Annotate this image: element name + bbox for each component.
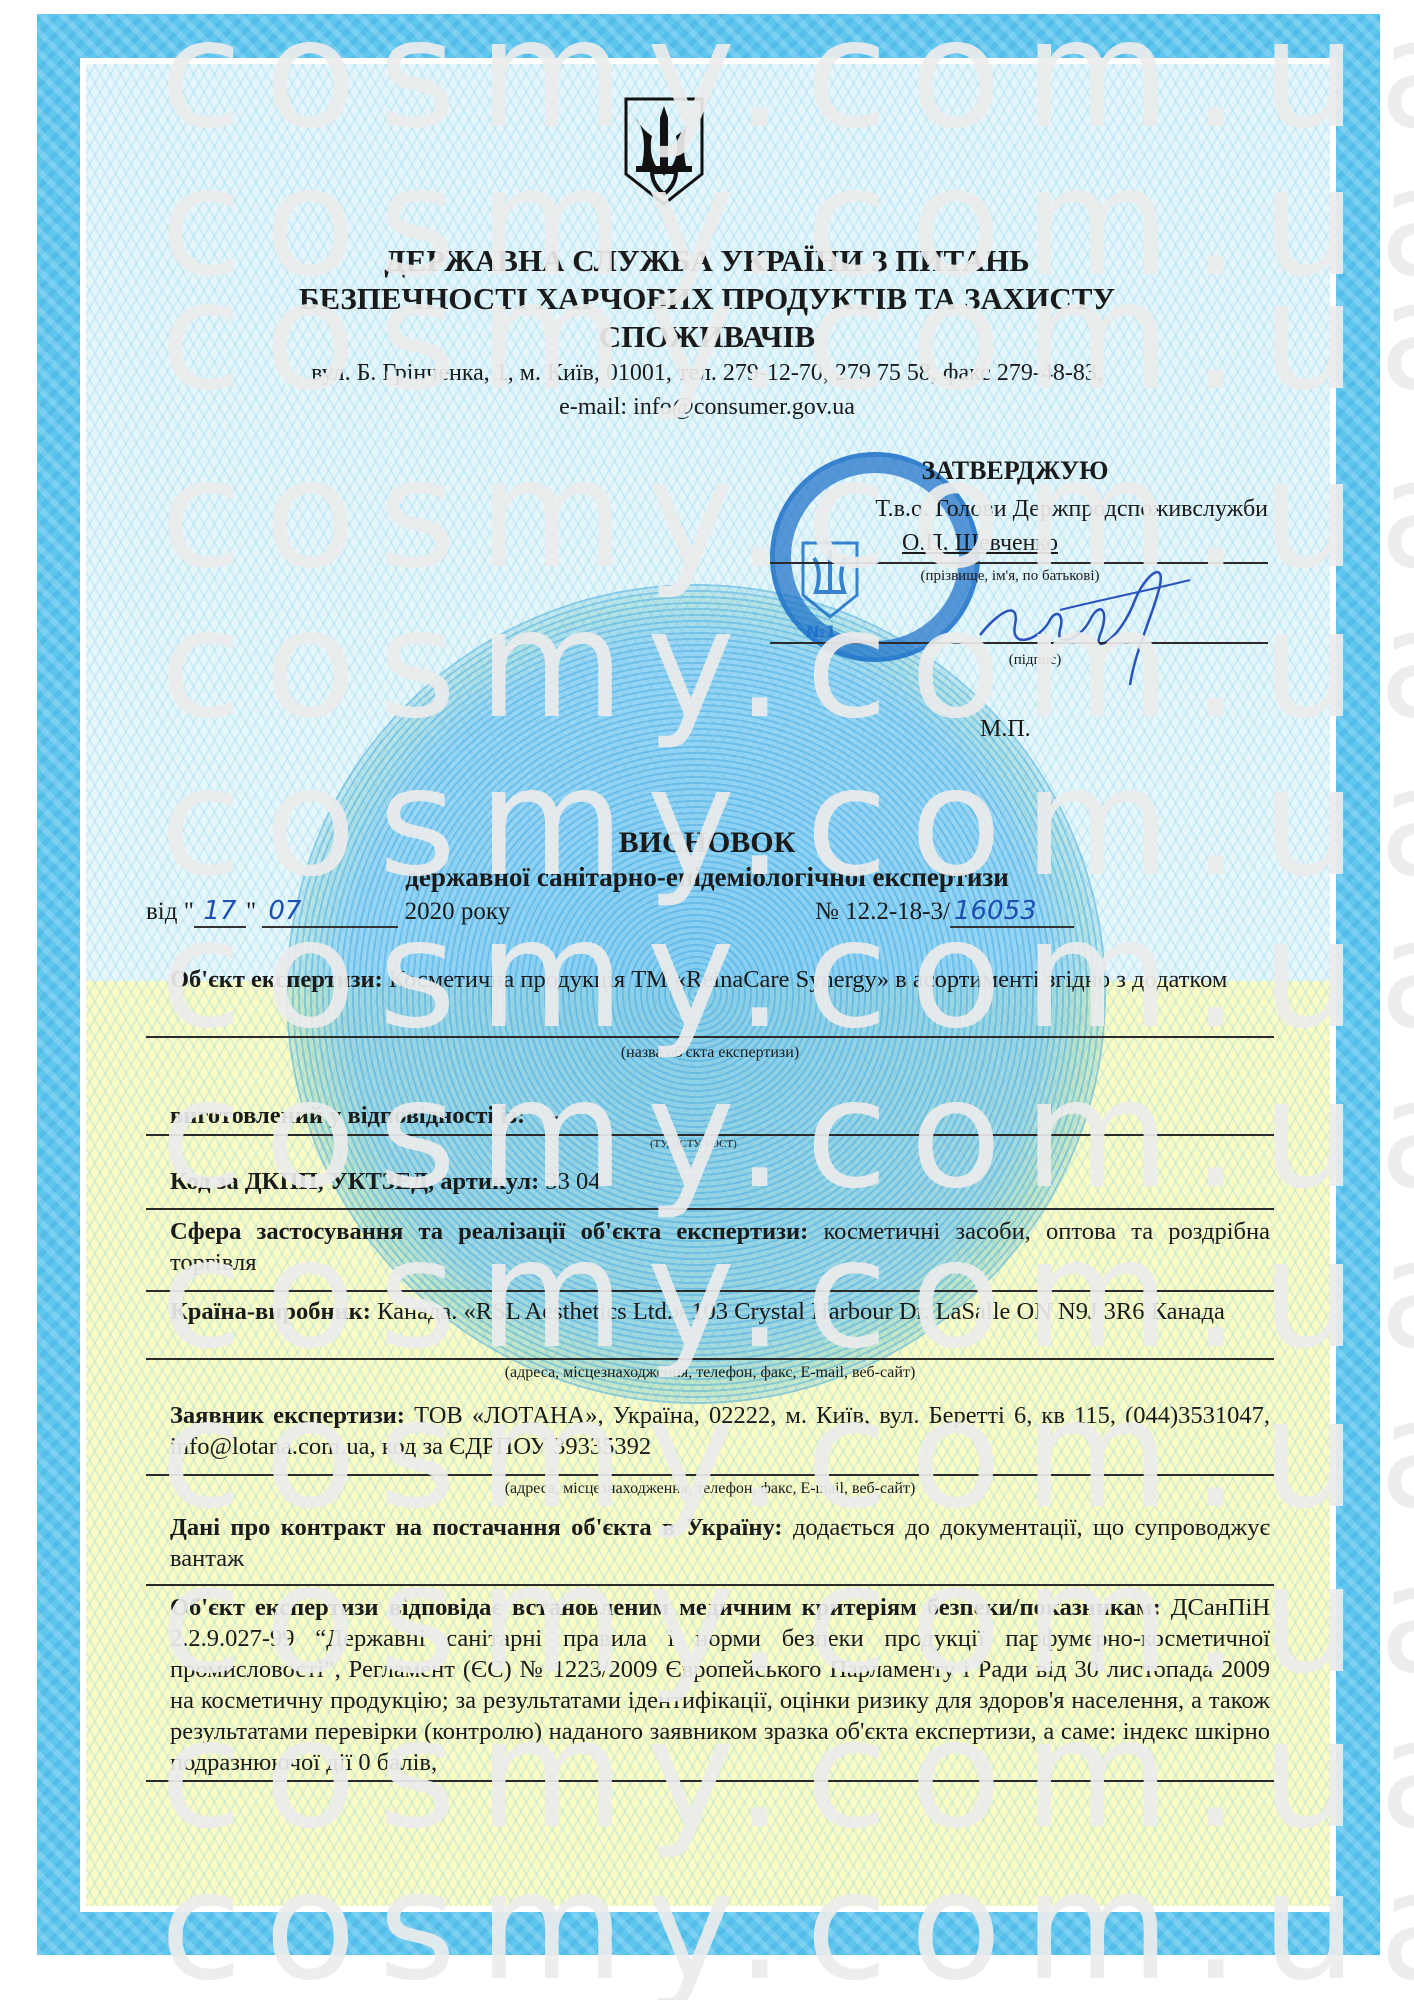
country-field: Країна-виробник: Канада. «RSL Aesthetics… — [170, 1296, 1270, 1327]
applicant-underline — [146, 1474, 1274, 1476]
conclusion-number: № 12.2-18-3/16053 — [815, 896, 1074, 928]
date-day: 17 — [194, 896, 246, 928]
compliance-label: Об'єкт експертизи відповідає встановлени… — [170, 1594, 1161, 1621]
agency-name-line-3: СПОЖИВАЧІВ — [160, 318, 1254, 356]
agency-name-line-1: ДЕРЖАВНА СЛУЖБА УКРАЇНИ З ПИТАНЬ — [160, 242, 1254, 280]
country-top-line — [146, 1290, 1274, 1292]
conclusion-title: ВИСНОВОК — [160, 826, 1254, 860]
date-prefix: від " — [146, 898, 194, 925]
conclusion-subtitle: державної санітарно-епідеміологічної екс… — [160, 862, 1254, 893]
watermark: cosmy.com.ua — [160, 0, 1360, 150]
object-underline — [146, 1036, 1274, 1038]
contract-field: Дані про контракт на постачання об'єкта … — [170, 1512, 1270, 1574]
standard-underline — [146, 1134, 1274, 1136]
codes-underline — [146, 1208, 1274, 1210]
applicant-caption: (адреса, місцезнаходження, телефон, факс… — [146, 1480, 1274, 1498]
agency-address: вул. Б. Грінченка, 1, м. Київ, 01001, те… — [150, 356, 1264, 390]
signature-caption: (підпис) — [985, 652, 1085, 669]
compliance-value: ДСанПіН 2.2.9.027-99 “Державні санітарні… — [170, 1594, 1270, 1776]
standard-label: виготовлений у відповідності із: — [170, 1102, 525, 1129]
contract-underline — [146, 1584, 1274, 1586]
date-year: 2020 року — [405, 898, 511, 925]
codes-value: 33 04 — [545, 1168, 600, 1195]
country-label: Країна-виробник: — [170, 1298, 371, 1325]
country-caption: (адреса, місцезнаходження, телефон, факс… — [146, 1364, 1274, 1382]
codes-field: Код за ДКПП, УКТЗЕД, артикул: 33 04 — [170, 1166, 1270, 1197]
standard-caption: (ТУ, ДСТУ, ГОСТ) — [650, 1138, 737, 1150]
stamp-number: №1 — [806, 622, 836, 641]
scope-label: Сфера застосування та реалізації об'єкта… — [170, 1218, 808, 1245]
approval-title: ЗАТВЕРДЖУЮ — [900, 456, 1130, 486]
agency-name-line-2: БЕЗПЕЧНОСТІ ХАРЧОВИХ ПРОДУКТІВ ТА ЗАХИСТ… — [160, 280, 1254, 318]
contract-label: Дані про контракт на постачання об'єкта … — [170, 1514, 783, 1541]
scope-field: Сфера застосування та реалізації об'єкта… — [170, 1216, 1270, 1278]
approver-position: Т.в.о. Голови Держпродспоживслужби — [768, 496, 1268, 523]
object-caption: (назва об'єкта експертизи) — [146, 1044, 1274, 1062]
country-underline — [146, 1358, 1274, 1360]
compliance-underline — [146, 1780, 1274, 1782]
applicant-label: Заявник експертизи: — [170, 1402, 405, 1429]
date-quote: " — [246, 898, 256, 925]
applicant-field: Заявник експертизи: ТОВ «ЛОТАНА», Україн… — [170, 1400, 1270, 1462]
conclusion-date: від "17" 07 2020 року — [146, 896, 510, 928]
signature-underline — [770, 642, 1268, 644]
object-value: Косметична продукція ТМ «ReinaCare Syner… — [389, 966, 1227, 993]
date-month: 07 — [262, 896, 398, 928]
country-value: Канада. «RSL Aesthetics Ltd.» 103 Crysta… — [377, 1298, 1225, 1325]
number-value: 16053 — [950, 896, 1074, 928]
object-field: Об'єкт експертизи: Косметична продукція … — [170, 964, 1270, 995]
watermark: cosmy.com.ua — [160, 1852, 1360, 2000]
object-label: Об'єкт експертизи: — [170, 966, 383, 993]
standard-field: виготовлений у відповідності із: - — [170, 1100, 1270, 1131]
codes-label: Код за ДКПП, УКТЗЕД, артикул: — [170, 1168, 539, 1195]
standard-value: - — [551, 1102, 559, 1129]
agency-email: e-mail: info@consumer.gov.ua — [150, 390, 1264, 424]
trident-coat-of-arms-icon — [622, 96, 706, 208]
document: ДЕРЖАВНА СЛУЖБА УКРАЇНИ З ПИТАНЬ БЕЗПЕЧН… — [0, 0, 1414, 2000]
seal-label: М.П. — [980, 716, 1031, 743]
stamp-trident-icon — [800, 540, 860, 620]
compliance-field: Об'єкт експертизи відповідає встановлени… — [170, 1592, 1270, 1778]
number-prefix: № 12.2-18-3/ — [815, 898, 950, 925]
